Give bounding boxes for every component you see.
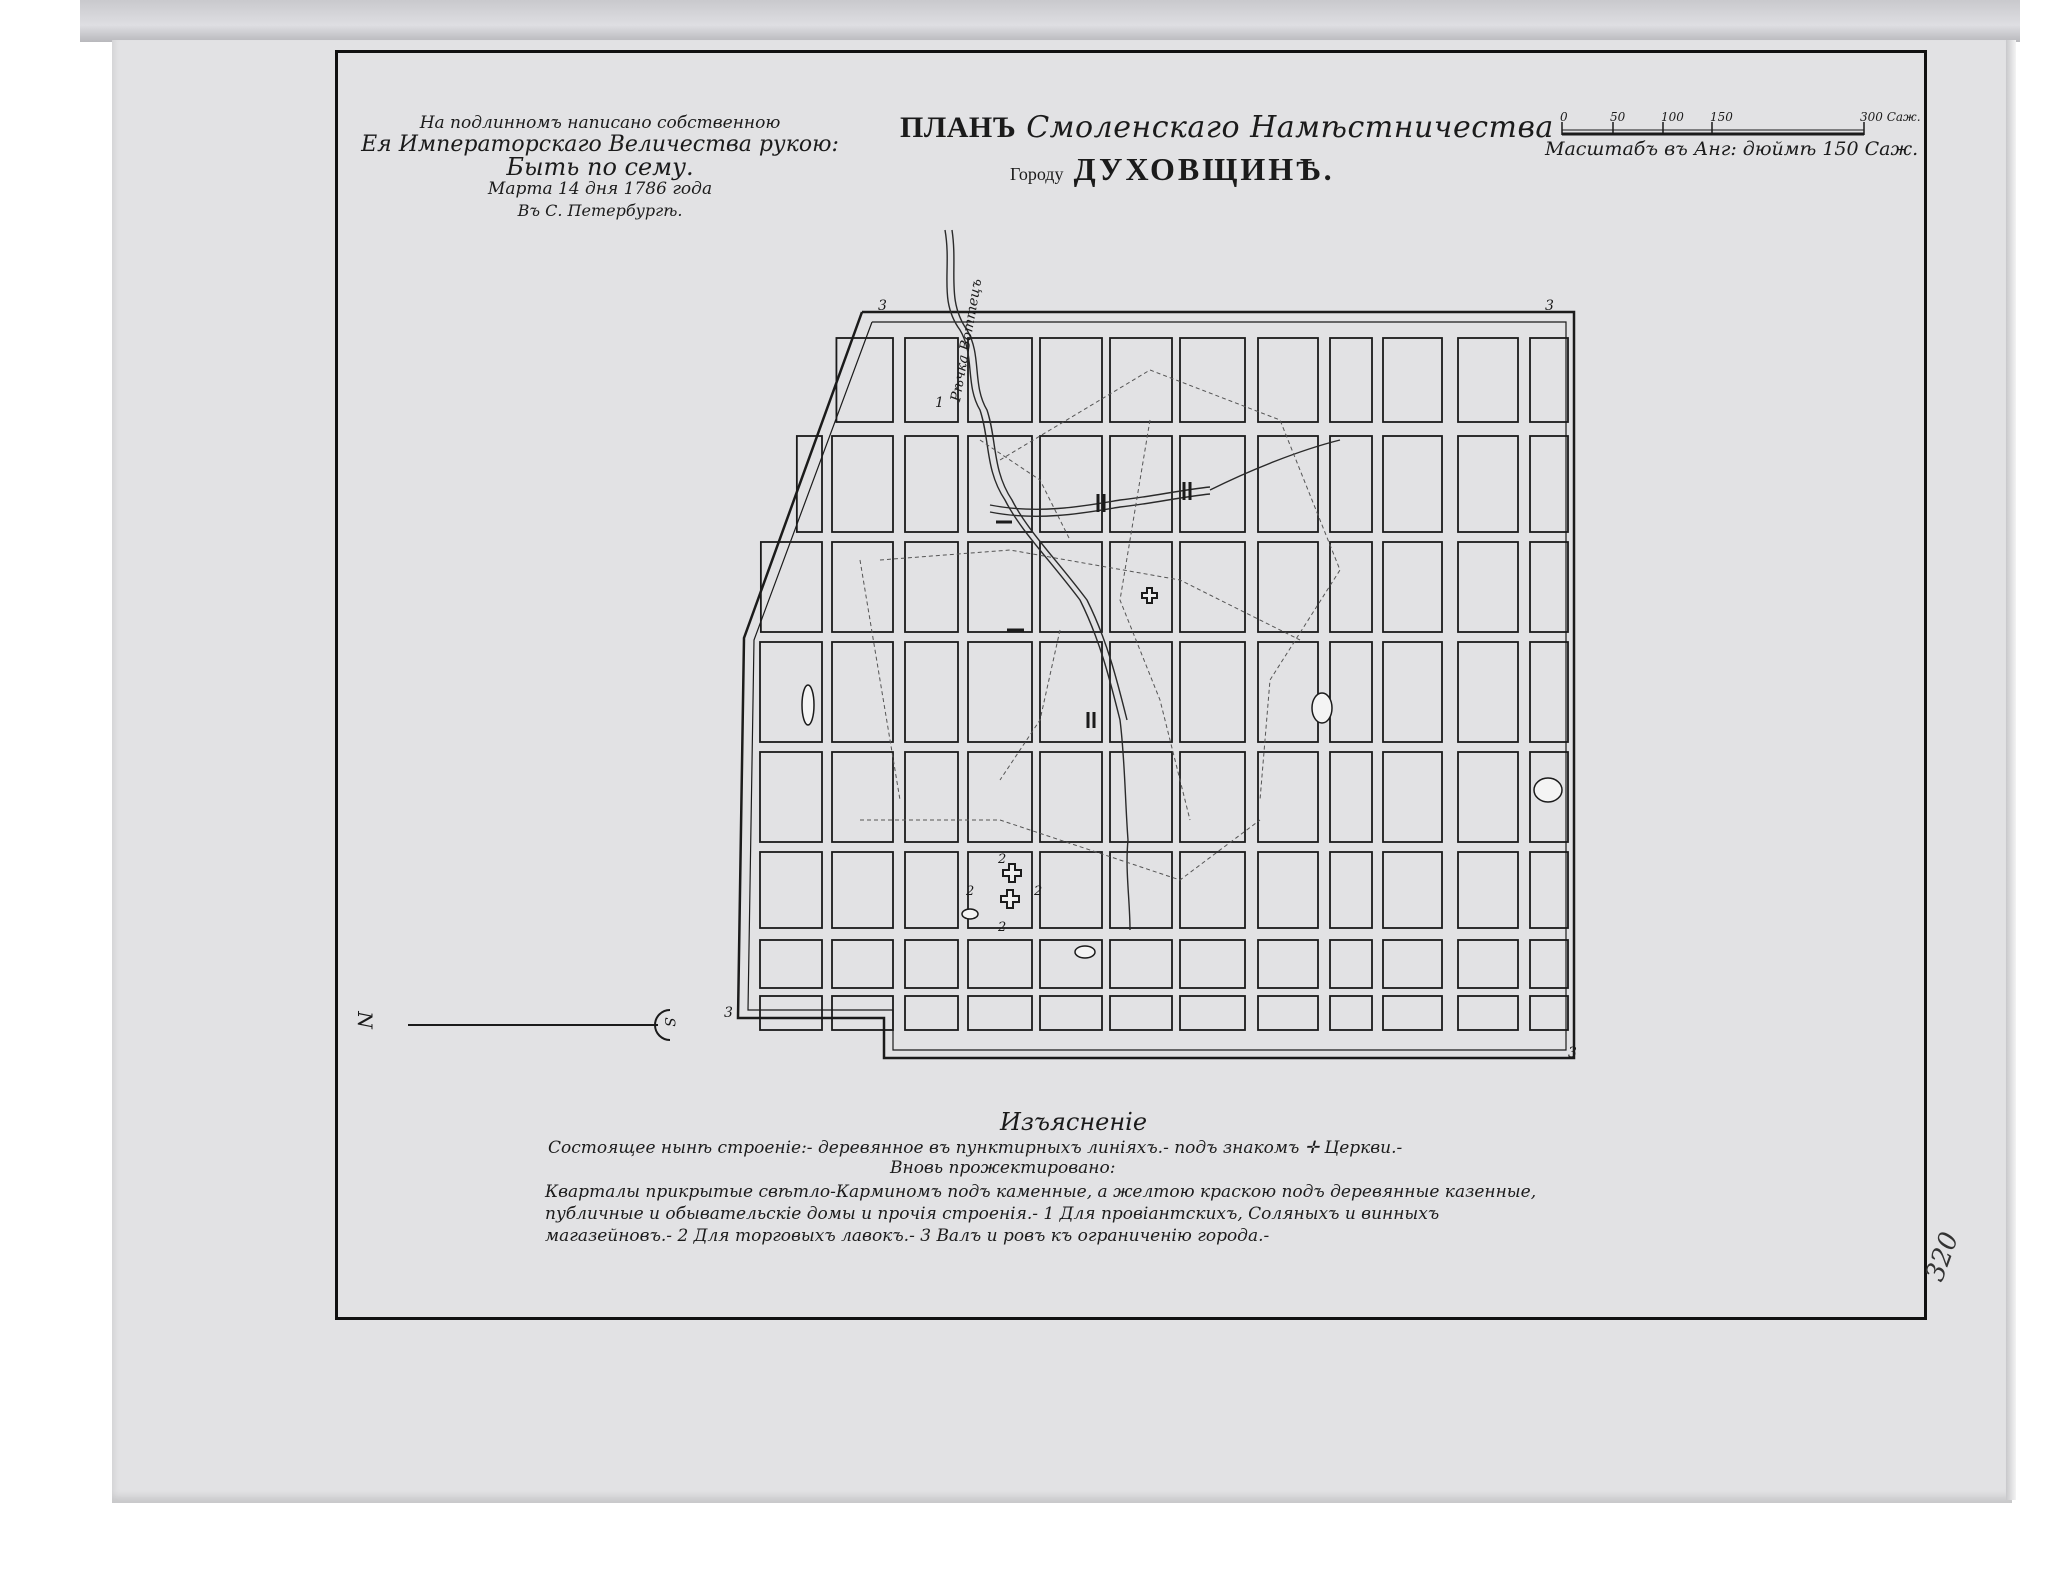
city-block <box>1180 940 1245 988</box>
city-block <box>905 996 958 1030</box>
legend-title: Изъясненіе <box>1000 1108 1147 1136</box>
city-block <box>1383 852 1442 928</box>
city-block <box>760 940 822 988</box>
town-wall <box>738 312 1574 1058</box>
city-block <box>832 642 893 742</box>
church-icon <box>1001 588 1157 908</box>
city-block <box>1530 940 1568 988</box>
city-block <box>1458 436 1518 532</box>
city-block <box>1330 542 1372 632</box>
shops-marker: 2 <box>998 920 1006 935</box>
city-block <box>832 436 893 532</box>
city-block <box>968 642 1032 742</box>
city-block <box>1258 752 1318 842</box>
legend-line: магазейновъ.- 2 Для торговыхъ лавокъ.- 3… <box>545 1226 1269 1246</box>
city-block <box>832 542 893 632</box>
city-block <box>760 996 822 1030</box>
city-block <box>1458 940 1518 988</box>
city-block <box>968 940 1032 988</box>
city-block <box>1383 338 1442 422</box>
city-block <box>1040 940 1102 988</box>
legend-line: публичные и обывательскіе домы и прочія … <box>545 1204 1439 1224</box>
shops-marker: 2 <box>966 884 974 899</box>
compass-north-label: N <box>353 1011 377 1029</box>
city-block <box>1110 436 1172 532</box>
city-block <box>1110 996 1172 1030</box>
city-block <box>1458 542 1518 632</box>
wall-marker: 3 <box>1568 1045 1577 1061</box>
city-block <box>1530 642 1568 742</box>
city-block <box>1258 996 1318 1030</box>
river <box>945 230 1340 930</box>
city-blocks <box>760 338 1568 1030</box>
city-block <box>1383 436 1442 532</box>
city-block <box>1458 996 1518 1030</box>
city-block <box>1040 996 1102 1030</box>
city-block <box>832 940 893 988</box>
city-block <box>1330 436 1372 532</box>
city-block <box>1458 338 1518 422</box>
city-block <box>760 752 822 842</box>
city-block <box>1040 338 1102 422</box>
city-block <box>761 542 822 632</box>
shops-marker: 2 <box>998 852 1006 867</box>
city-block <box>968 542 1032 632</box>
city-block <box>1330 996 1372 1030</box>
city-block <box>1383 542 1442 632</box>
city-block <box>1180 752 1245 842</box>
city-block <box>1383 642 1442 742</box>
city-block <box>1110 338 1172 422</box>
city-block <box>1040 852 1102 928</box>
city-block <box>1110 852 1172 928</box>
city-block <box>836 338 893 422</box>
city-block <box>905 752 958 842</box>
city-block <box>832 852 893 928</box>
city-block <box>1383 752 1442 842</box>
city-block <box>1458 752 1518 842</box>
city-block <box>1530 852 1568 928</box>
city-block <box>968 996 1032 1030</box>
compass-south-label: S <box>661 1017 677 1027</box>
legend-line: Вновь прожектировано: <box>890 1158 1115 1178</box>
city-block <box>1258 436 1318 532</box>
wall-marker: 3 <box>1545 298 1554 314</box>
city-block <box>1180 338 1245 422</box>
wall-marker: 3 <box>878 298 887 314</box>
city-block <box>1330 852 1372 928</box>
city-block <box>1040 752 1102 842</box>
legend-line: Состоящее нынѣ строеніе:- деревянное въ … <box>548 1138 1402 1158</box>
bridges <box>996 482 1190 728</box>
city-block <box>1458 852 1518 928</box>
ponds <box>802 685 1562 958</box>
city-block <box>905 852 958 928</box>
city-block <box>905 940 958 988</box>
shops-marker: 2 <box>1034 884 1042 899</box>
city-block <box>1110 752 1172 842</box>
city-block <box>1258 940 1318 988</box>
existing-structures-dotted <box>860 370 1340 880</box>
city-block <box>1180 642 1245 742</box>
city-block <box>1530 338 1568 422</box>
city-block <box>1180 542 1245 632</box>
city-block <box>1383 940 1442 988</box>
city-block <box>1110 940 1172 988</box>
city-block <box>1458 642 1518 742</box>
city-block <box>968 752 1032 842</box>
city-block <box>760 852 822 928</box>
city-block <box>1180 852 1245 928</box>
compass-needle <box>408 1010 670 1040</box>
city-block <box>905 338 958 422</box>
city-block <box>1110 542 1172 632</box>
city-block <box>1530 996 1568 1030</box>
city-block <box>1330 940 1372 988</box>
city-block <box>905 542 958 632</box>
provision-store-marker: 1 <box>935 395 944 411</box>
city-block <box>1530 542 1568 632</box>
city-block <box>1040 436 1102 532</box>
city-block <box>1040 542 1102 632</box>
city-block <box>1330 642 1372 742</box>
city-block <box>1330 752 1372 842</box>
city-block <box>832 752 893 842</box>
city-block <box>1383 996 1442 1030</box>
city-block <box>1530 436 1568 532</box>
wall-marker: 3 <box>724 1005 733 1021</box>
city-block <box>1258 338 1318 422</box>
city-block <box>1180 996 1245 1030</box>
city-block <box>1330 338 1372 422</box>
city-block <box>905 436 958 532</box>
scale-bar-line <box>1562 122 1864 135</box>
city-block <box>1258 642 1318 742</box>
city-block <box>1258 852 1318 928</box>
legend-line: Кварталы прикрытые свѣтло-Карминомъ подъ… <box>545 1182 1536 1202</box>
town-plan-map <box>0 0 2048 1585</box>
city-block <box>905 642 958 742</box>
